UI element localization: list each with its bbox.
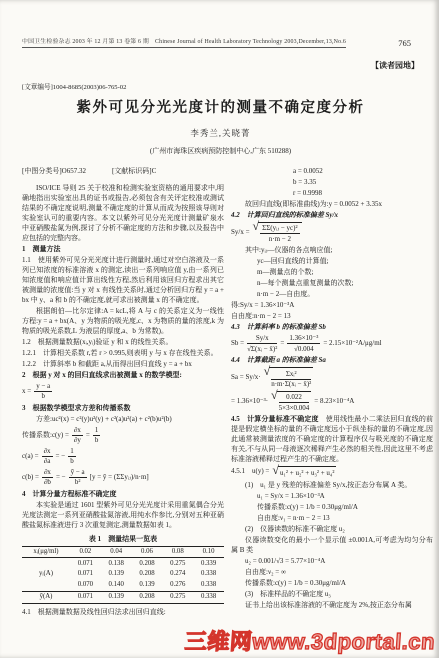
u2-value: u₂ = 0.001/√3 = 5.77×10⁻⁴A: [245, 556, 433, 566]
fraction-denominator: b²: [69, 478, 87, 487]
equals-sign: =: [280, 339, 284, 348]
table-cell: 0.139: [132, 580, 163, 591]
where-line-1: 其中:yᵢⱼ—仪器的各点响应值;: [245, 245, 433, 255]
fraction-numerator: 1.36×10⁻³: [287, 334, 320, 344]
formula-sa-result: = 1.36×10⁻³· √ 0.022 5×3×0.004 = 8.23×10…: [231, 391, 433, 413]
page-number: 765: [398, 38, 411, 48]
fraction-numerator: ΣΣ(yᵢⱼ − yc)²: [260, 224, 299, 234]
equals-sign: =: [86, 431, 90, 440]
value-a: a = 0.0052: [293, 166, 433, 176]
table-cell: 0.338: [193, 569, 224, 580]
intro-paragraph: ISO/ICE 导则 25 关于校准和检测实验室资格的通用要求中,明确地指出实验…: [22, 183, 224, 243]
result-syx: 得:Sy/x = 1.36×10⁻³A: [231, 300, 433, 310]
paragraph-4-1: 4.1 根据测量数据及线性回归法求出回归直线:: [22, 607, 224, 617]
fraction-numerator: ȳ − a: [69, 468, 87, 478]
propagation-coefficient-1: 传播系数:c(y) = 1/b = 0.30μg/ml/A: [257, 502, 433, 512]
dof-1: 自由度:ν₁ = n·m − 2 = 13: [257, 513, 433, 523]
paragraph-experiment: 本实验是通过 1601 型紫外可见分光光度计采用重氮偶合分光光度法测定一系列亚硝…: [22, 500, 224, 530]
section-heading-4: 4 计算分量方程标准不确定度: [22, 489, 224, 499]
fraction-numerator: 0.022: [279, 393, 310, 403]
table-cell: 0.070: [70, 580, 101, 591]
fraction: Σxᵢ² n·m·Σ(xᵢ − x̄)²: [271, 370, 311, 389]
table-header-row: xᵢ(μg/ml) 0.02 0.04 0.06 0.08 0.10: [22, 546, 224, 558]
item-1-intro: (1) u₁ 是 y 残差的标准偏差 Sy/x,按正态分布属 A 类。: [245, 480, 433, 490]
fraction: ΣΣ(yᵢⱼ − yc)² n·m − 2: [260, 224, 299, 243]
section-heading-4-3: 4.3 计算斜率 b 的标准偏差 Sb: [231, 322, 433, 332]
fraction: 0.022 5×3×0.004: [279, 393, 310, 412]
fraction: ∂x ∂b: [42, 468, 53, 487]
formula-model: x = y − a b: [22, 382, 224, 401]
table-cell: 0.138: [101, 558, 132, 569]
table-cell: 0.338: [193, 592, 224, 604]
table-row: 0.070 0.140 0.139 0.276 0.338: [22, 580, 224, 591]
equals-sign: = −: [56, 452, 66, 461]
formula-uy-lhs: 4.5.1 u(y) =: [231, 467, 269, 476]
formula-cy-lhs: 传播系数:c(y) =: [22, 431, 69, 440]
article-authors: 李秀兰,关晓菁: [22, 127, 419, 139]
table-cell: 0.208: [132, 592, 163, 604]
left-column: [中图分类号]O657.32 [文献标识码]C ISO/ICE 导则 25 关于…: [22, 166, 224, 618]
formula-sa: Sa = Sy/x· √ Σxᵢ² n·m·Σ(xᵢ − x̄)²: [231, 367, 433, 389]
fraction-denominator: b: [93, 436, 101, 445]
radicand: u₁² + u₂² + u₃² + u₄²: [278, 466, 337, 478]
paragraph-4-5: 4.5 计算分量标准不确定度 使用线性最小二乘法回归直线的前提是假定横坐标的量的…: [231, 414, 433, 464]
table-header-cell: 0.10: [193, 546, 224, 558]
table-cell: 0.208: [132, 558, 163, 569]
table-header-cell: 0.08: [162, 546, 193, 558]
table-header-cell: 0.02: [70, 546, 101, 558]
fraction-denominator: ∂a: [42, 457, 53, 466]
row-label: [22, 580, 70, 591]
formula-syx: Sy/x = √ ΣΣ(yᵢⱼ − yc)² n·m − 2: [231, 222, 433, 244]
watermark-3dportal: 三维网www.3dportal.cn: [184, 625, 436, 656]
fraction-denominator: √Σ(xᵢ − x̄)²: [247, 344, 277, 353]
where-line-5: n·m − 2—自由度。: [257, 289, 433, 299]
table-cell: 0.274: [162, 569, 193, 580]
fraction: Sy/x √Σ(xᵢ − x̄)²: [247, 334, 277, 353]
journal-page: 中国卫生检验杂志 2003 年 12 月第 13 卷第 6 期 Chinese …: [0, 0, 439, 658]
table-cell: 0.338: [193, 580, 224, 591]
fraction: ∂x ∂y: [72, 426, 83, 445]
paragraph-1-1: 1.1 使用紫外可见分光光度计进行测量时,通过对空白溶液及一系列已知浓度的标准溶…: [22, 255, 224, 305]
where-line-2: yc—回归直线的计算值;: [257, 256, 433, 266]
fraction-numerator: Σxᵢ²: [271, 370, 311, 380]
table-cell: 0.071: [70, 558, 101, 569]
where-line-4: n—每个测量点重复测量的次数;: [257, 278, 433, 288]
table-row: yᵢ(A) 0.071 0.139 0.208 0.274 0.338: [22, 569, 224, 580]
formula-sa-result-lhs: = 1.36×10⁻³·: [231, 397, 268, 406]
paragraph-lambert-beer: 根据朗伯—比尔定律:A = kcL,将 A 与 c 的关系定义为一线性方程:y …: [22, 306, 224, 336]
item-3-text: 证书上给出该标准溶液的不确定度为 2%,按正态分布属: [231, 600, 433, 610]
u1-value: u₁ = Sy/x = 1.36×10⁻³A: [257, 491, 433, 501]
row-label: yᵢ(A): [22, 569, 70, 580]
formula-sb-lhs: Sb =: [231, 339, 244, 348]
item-2-text: 仪器读数变化的最小一个显示值 ±0.001A,可考虑为均匀分布属 B 类: [231, 535, 433, 555]
formula-sb: Sb = Sy/x √Σ(xᵢ − x̄)² = 1.36×10⁻³ √0.00…: [231, 334, 433, 353]
formula-sa-result-value: = 8.23×10⁻⁴A: [314, 397, 354, 406]
table-cell: 0.139: [101, 569, 132, 580]
document-code: [文献标识码]C: [112, 166, 156, 176]
journal-title-line: 中国卫生检验杂志 2003 年 12 月第 13 卷第 6 期 Chinese …: [22, 36, 346, 48]
table-header-cell: xᵢ(μg/ml): [22, 546, 70, 558]
table-cell: 0.071: [70, 569, 101, 580]
section-heading-3: 3 根据数学模型求方差和传播系数: [22, 403, 224, 413]
table-cell: 0.339: [193, 558, 224, 569]
fraction: y − a b: [34, 382, 52, 401]
square-root: √ u₁² + u₂² + u₃² + u₄²: [272, 466, 336, 478]
table-cell: 0.275: [162, 592, 193, 604]
formula-sb-result: = 2.15×10⁻²A/μg/ml: [323, 339, 381, 348]
section-heading-4-4: 4.4 计算截距 a 的标准偏差 Sa: [231, 355, 433, 365]
section-heading-4-5: 4.5 计算分量标准不确定度: [231, 415, 319, 423]
fraction-numerator: ∂x: [42, 447, 53, 457]
section-heading-1: 1 测量方法: [22, 244, 224, 254]
fraction-denominator: √0.004: [287, 344, 320, 353]
fraction-numerator: 1: [68, 447, 76, 457]
table-header-cell: 0.06: [132, 546, 163, 558]
table-cell: 0.139: [101, 592, 132, 604]
value-b: b = 3.35: [293, 177, 433, 187]
fraction: 1 b: [93, 426, 101, 445]
fraction-denominator: ∂b: [42, 478, 53, 487]
item-2-intro: (2) 仪器读数的标准不确定度 u₂: [245, 524, 433, 534]
table-cell: 0.275: [162, 558, 193, 569]
fraction-denominator: b: [68, 457, 76, 466]
row-label: ȳ(A): [22, 592, 70, 604]
fraction-numerator: Sy/x: [247, 334, 277, 344]
formula-cy: 传播系数:c(y) = ∂x ∂y = 1 b: [22, 426, 224, 445]
degrees-of-freedom: 自由度:n·m − 2 = 13: [231, 311, 433, 321]
regression-line: 故回归直线(即标准曲线)为:y = 0.0052 + 3.35x: [231, 199, 433, 209]
fraction-numerator: 1: [93, 426, 101, 436]
item-3-intro: (3) 标准样品的不确定度 u₃: [245, 589, 433, 599]
formula-uy: 4.5.1 u(y) = √ u₁² + u₂² + u₃² + u₄²: [231, 466, 433, 478]
fraction-denominator: ∂y: [72, 436, 83, 445]
classification-line: [中图分类号]O657.32 [文献标识码]C: [22, 166, 224, 176]
fraction: ȳ − a b²: [69, 468, 87, 487]
dof-2: 自由度:ν₂ = ∞: [245, 567, 433, 577]
table-cell: 0.071: [70, 592, 101, 604]
formula-variance: 方差:uc²(x) = c²(y)u²(y) + c²(a)u²(a) + c²…: [36, 414, 224, 424]
article-id: [文章编号]1004-8685(2003)06-765-02: [22, 81, 433, 91]
fraction-numerator: ∂x: [42, 468, 53, 478]
fraction: ∂x ∂a: [42, 447, 53, 466]
page-header: 中国卫生检验杂志 2003 年 12 月第 13 卷第 6 期 Chinese …: [22, 36, 433, 48]
article-title: 紫外可见分光光度计的测量不确定度分析: [22, 96, 419, 117]
fraction-numerator: y − a: [34, 382, 52, 392]
two-column-body: [中图分类号]O657.32 [文献标识码]C ISO/ICE 导则 25 关于…: [22, 166, 433, 618]
formula-cb-lhs: c(b) =: [22, 473, 39, 482]
fraction-denominator: n·m − 2: [260, 234, 299, 243]
column-section-label: 【读者园地】: [22, 60, 419, 71]
table-cell: 0.276: [162, 580, 193, 591]
formula-cb-note: [y = ȳ = (ΣΣyᵢⱼ)/n·m]: [90, 473, 149, 482]
fraction: 1.36×10⁻³ √0.004: [287, 334, 320, 353]
measurement-table: xᵢ(μg/ml) 0.02 0.04 0.06 0.08 0.10 0.071…: [22, 546, 224, 604]
fraction-denominator: b: [34, 392, 52, 401]
paragraph-1-2: 1.2 根据测量数据(xᵢ,yᵢ)验证 y 和 x 的线性关系。: [22, 337, 224, 347]
equals-sign: = −: [56, 473, 66, 482]
table-cell: 0.140: [101, 580, 132, 591]
formula-syx-lhs: Sy/x =: [231, 228, 250, 237]
table-mean-row: ȳ(A) 0.071 0.139 0.208 0.275 0.338: [22, 592, 224, 604]
row-label: [22, 558, 70, 569]
section-heading-4-2: 4.2 计算回归直线的标准偏差 Sy/x: [231, 210, 433, 220]
article-affiliation: (广州市海珠区疾病预防控制中心,广东 510288): [22, 146, 419, 156]
formula-sa-lhs: Sa = Sy/x·: [231, 373, 261, 382]
section-heading-2: 2 根据 y 对 x 的回归直线求出被测量 x 的数学模型:: [22, 370, 224, 380]
fraction: 1 b: [68, 447, 76, 466]
paragraph-1-2-2: 1.2.2 计算斜率 b 和截距 a,从而得出回归直线 y = a + bx: [22, 359, 224, 369]
formula-model-lhs: x =: [22, 387, 31, 396]
table-cell: 0.208: [132, 569, 163, 580]
table-caption: 表 1 测量结果一览表: [22, 534, 224, 544]
clc-number: [中图分类号]O657.32: [22, 166, 86, 176]
fraction-denominator: 5×3×0.004: [279, 403, 310, 412]
square-root: √ Σxᵢ² n·m·Σ(xᵢ − x̄)²: [264, 367, 314, 389]
square-root: √ ΣΣ(yᵢⱼ − yc)² n·m − 2: [253, 222, 302, 244]
formula-cb: c(b) = ∂x ∂b = − ȳ − a b² [y = ȳ = (ΣΣyᵢ…: [22, 468, 224, 487]
paragraph-1-2-1: 1.2.1 计算相关系数 r,若 r > 0.995,则表明 y 与 x 存在线…: [22, 348, 224, 358]
square-root: √ 0.022 5×3×0.004: [271, 391, 311, 413]
where-line-3: m—测量点的个数;: [257, 267, 433, 277]
fraction-numerator: ∂x: [72, 426, 83, 436]
formula-ca: c(a) = ∂x ∂a = − 1 b: [22, 447, 224, 466]
value-r: r = 0.9998: [293, 188, 433, 198]
table-header-cell: 0.04: [101, 546, 132, 558]
table-row: 0.071 0.138 0.208 0.275 0.339: [22, 558, 224, 569]
propagation-coefficient-2: 传播系数:c(y) = 1/b = 0.30μg/ml/A: [245, 578, 433, 588]
right-column: a = 0.0052 b = 3.35 r = 0.9998 故回归直线(即标准…: [231, 166, 433, 618]
formula-ca-lhs: c(a) =: [22, 452, 39, 461]
